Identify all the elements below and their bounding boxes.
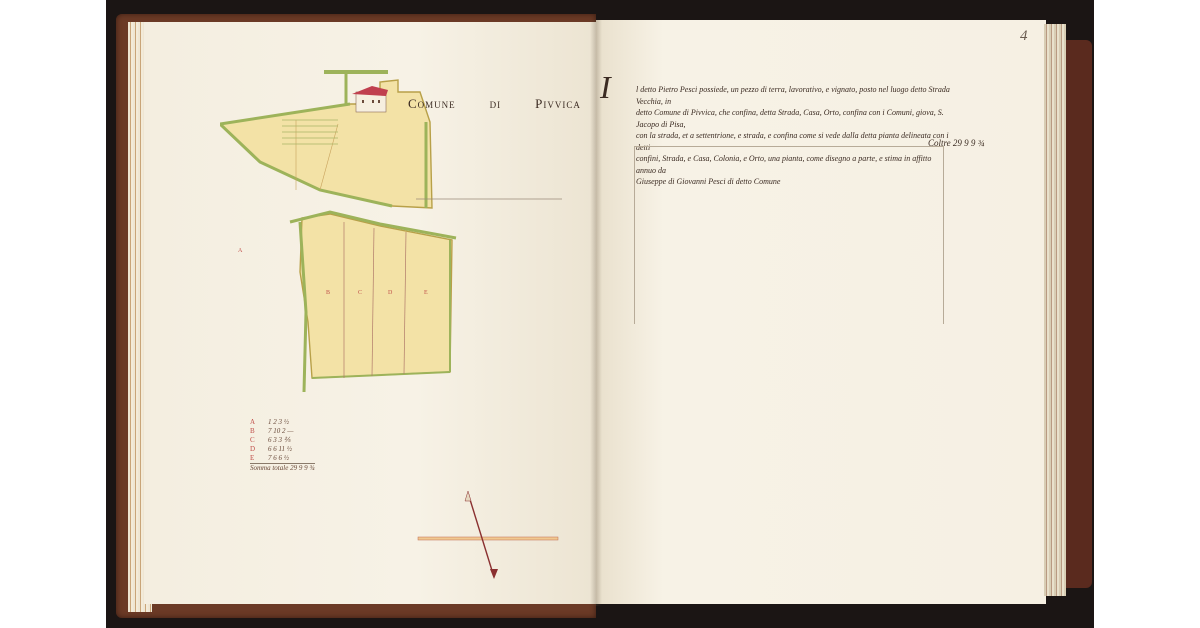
page-edges-right: [1044, 24, 1066, 596]
area-table: A1 2 3 ½ B7 10 2 — C6 3 3 ⅖ D6 6 11 ½ E7…: [250, 418, 315, 473]
map-title: ComunediPivvica: [408, 96, 615, 112]
entry-rule: [634, 146, 944, 147]
svg-text:B: B: [326, 290, 330, 296]
svg-text:E: E: [424, 290, 428, 296]
svg-text:D: D: [388, 290, 393, 296]
entry-line: con la strada, et a settentrione, e stra…: [636, 130, 952, 153]
area-row: B7 10 2 —: [250, 427, 315, 436]
area-total: Somma totale 29 9 9 ¾: [250, 463, 315, 473]
decorated-initial: I: [600, 82, 611, 94]
area-row: C6 3 3 ⅖: [250, 436, 315, 445]
lower-parcel: [300, 214, 452, 378]
entry-line: Giuseppe di Giovanni Pesci di detto Comu…: [636, 176, 952, 188]
entry-line: l detto Pietro Pesci possiede, un pezzo …: [636, 84, 952, 107]
map-title-word: Pivvica: [535, 96, 581, 111]
map-title-word: di: [490, 96, 502, 111]
entry-line: detto Comune di Pivvica, che confina, de…: [636, 107, 952, 130]
svg-text:C: C: [358, 290, 362, 296]
map-title-word: Comune: [408, 96, 456, 111]
ledger-entry: I l detto Pietro Pesci possiede, un pezz…: [602, 84, 952, 188]
entry-line: confini, Strada, e Casa, Colonia, e Orto…: [636, 153, 952, 176]
folio-number: 4: [1020, 28, 1028, 45]
compass-needle-icon: [468, 493, 494, 577]
svg-text:A: A: [238, 248, 243, 254]
area-row: E7 6 6 ½: [250, 454, 315, 463]
area-row: A1 2 3 ½: [250, 418, 315, 427]
compass-and-scale: [410, 485, 570, 585]
margin-rule-right: [943, 146, 944, 324]
area-row: D6 6 11 ½: [250, 445, 315, 454]
estate-map: BCDEA: [220, 62, 580, 422]
margin-rule-left: [634, 146, 635, 324]
house-icon: [352, 86, 388, 112]
